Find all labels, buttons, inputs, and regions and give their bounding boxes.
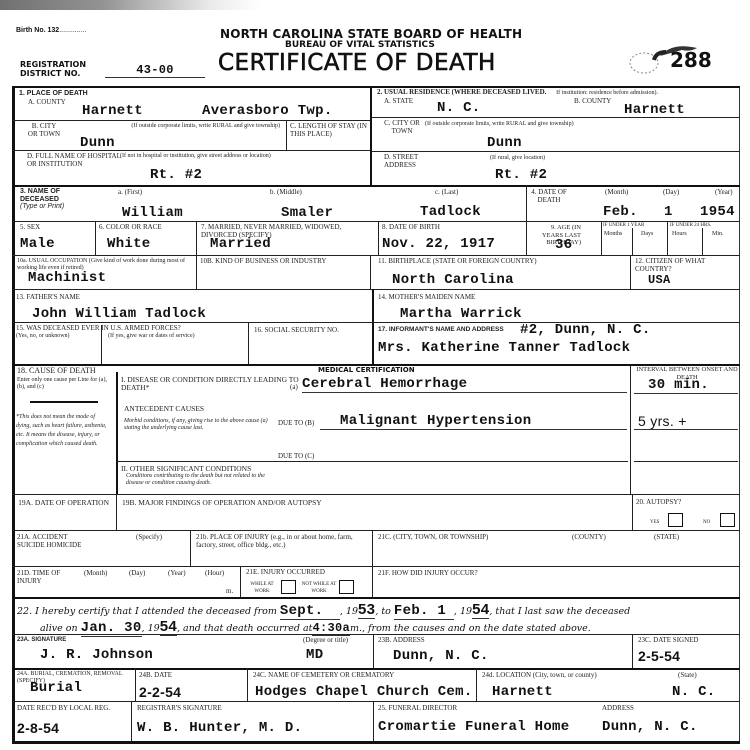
place-of-death-label: 1. PLACE OF DEATH <box>19 90 88 98</box>
divider <box>240 566 241 597</box>
death-hospital: Rt. #2 <box>150 167 202 183</box>
burial-location: Harnett <box>492 684 553 700</box>
autopsy-yes-label: YES <box>650 520 659 527</box>
death-year: 1954 <box>700 204 735 220</box>
certificate-number-stamp: 288 <box>612 38 740 78</box>
burial-location-label: 24d. LOCATION (City, town, or county) <box>482 672 597 680</box>
residence-state-label: a. STATE <box>384 98 413 106</box>
antecedent-causes-label: ANTECEDENT CAUSES <box>124 405 204 413</box>
date-of-birth: Nov. 22, 1917 <box>382 236 495 252</box>
occupation: Machinist <box>28 270 106 286</box>
due-to-c-label: DUE TO (c) <box>278 453 314 461</box>
residence-city-note: (If outside corporate limits, write RURA… <box>425 121 574 128</box>
hospital-label: d. FULL NAME OF HOSPITAL OR INSTITUTION <box>27 153 122 168</box>
physician-address: Dunn, N. C. <box>393 648 489 664</box>
funeral-director-address: Dunn, N. C. <box>602 719 698 735</box>
cemetery-name: Hodges Chapel Church Cem. <box>255 684 473 700</box>
place-of-injury-label: 21b. PLACE OF INJURY (e.g., in or about … <box>196 534 371 549</box>
divider <box>476 668 477 701</box>
under-24-hours-label: If under 24 hrs. <box>670 223 740 230</box>
interval-a: 30 min. <box>634 377 738 394</box>
divider <box>135 668 136 701</box>
injury-m-label: m. <box>226 588 233 596</box>
divider <box>12 120 370 121</box>
informant-address: #2, Dunn, N. C. <box>520 322 651 338</box>
first-name-label: a. (First) <box>118 189 142 197</box>
other-conditions-label: II. OTHER SIGNIFICANT CONDITIONS <box>121 465 251 473</box>
cause-a-marker: (a) <box>290 384 298 392</box>
death-day: 1 <box>664 204 673 220</box>
while-at-work-checkbox[interactable] <box>281 580 296 594</box>
injury-state-label: (STATE) <box>654 534 679 542</box>
father-name: John William Tadlock <box>32 306 206 322</box>
autopsy-no-label: NO <box>703 520 710 527</box>
divider <box>601 221 602 255</box>
divider <box>247 668 248 701</box>
street-address-label: d. STREET ADDRESS <box>384 154 424 169</box>
birth-number: Birth No. 132.............. <box>16 27 86 34</box>
divider <box>667 221 668 255</box>
divider <box>378 221 379 255</box>
first-name: William <box>122 205 183 221</box>
death-city: Dunn <box>80 135 115 151</box>
city-note: (If outside corporate limits, write RURA… <box>65 123 280 130</box>
attended-to-year: 54 <box>472 601 489 619</box>
death-month: Feb. <box>603 204 638 220</box>
divider <box>196 221 197 255</box>
date-of-birth-label: 8. DATE OF BIRTH <box>382 224 440 232</box>
agency-name: NORTH CAROLINA STATE BOARD OF HEALTH <box>220 27 522 41</box>
informant-name: Mrs. Katherine Tanner Tadlock <box>378 340 630 356</box>
divider <box>634 461 738 462</box>
while-at-work-label: WHILE AT WORK <box>246 582 278 595</box>
divider <box>526 185 527 221</box>
medical-certification-heading: MEDICAL CERTIFICATION <box>318 366 415 374</box>
month-label: (Month) <box>605 189 628 197</box>
autopsy-yes-checkbox[interactable] <box>668 513 683 527</box>
cause-footnote: *This does not mean the mode of dying, s… <box>16 413 110 449</box>
registrar-signature-label: REGISTRAR'S SIGNATURE <box>137 705 222 713</box>
injury-hour-label: (Hour) <box>205 570 224 578</box>
birthplace-label: 11. BIRTHPLACE (State or foreign country… <box>378 258 537 266</box>
divider <box>12 150 370 151</box>
industry-label: 10b. KIND OF BUSINESS OR INDUSTRY <box>200 258 370 266</box>
burial-type: Burial <box>30 680 82 696</box>
date-received: 2-8-54 <box>17 720 59 736</box>
mother-maiden-name: Martha Warrick <box>400 306 522 322</box>
injury-city-label: 21c. (CITY, TOWN, OR TOWNSHIP) <box>378 534 488 542</box>
divider <box>116 372 118 494</box>
divider <box>372 117 740 118</box>
sex-label: 5. SEX <box>20 224 40 232</box>
injury-year-label: (Year) <box>168 570 186 578</box>
divider <box>116 461 628 462</box>
under-1-year-label: If under 1 year <box>603 223 667 230</box>
city-label: b. CITY OR TOWN <box>27 123 61 138</box>
race: White <box>107 236 151 252</box>
cause-a: Cerebral Hemorrhage <box>302 376 627 393</box>
residence-city-label: c. CITY OR TOWN <box>383 120 421 135</box>
race-label: 6. COLOR OR RACE <box>99 224 162 232</box>
divider <box>101 325 102 365</box>
physician-address-label: 23b. ADDRESS <box>378 637 425 645</box>
hours-label: Hours <box>672 231 687 238</box>
divider <box>116 494 117 530</box>
autopsy-no-checkbox[interactable] <box>720 513 735 527</box>
divider <box>30 401 98 403</box>
divider <box>372 151 740 152</box>
divider <box>12 741 740 743</box>
funeral-director: Cromartie Funeral Home <box>378 719 569 735</box>
divider <box>248 322 249 365</box>
street-address-note: (If rural, give location) <box>490 155 545 162</box>
divider <box>286 120 287 150</box>
divider <box>12 289 740 290</box>
divider <box>632 494 633 530</box>
burial-date: 2-2-54 <box>139 684 181 700</box>
injury-county-label: (COUNTY) <box>572 534 606 542</box>
last-name: Tadlock <box>420 204 481 220</box>
funeral-director-address-label: ADDRESS <box>602 705 634 713</box>
divider <box>630 255 631 289</box>
cause-of-death-label: 18. CAUSE OF DEATH <box>17 367 96 375</box>
how-injury-occurred-label: 21f. HOW DID INJURY OCCUR? <box>378 570 478 578</box>
divider <box>131 701 132 741</box>
due-to-b-label: DUE TO (b) <box>278 420 314 428</box>
divider <box>370 255 371 289</box>
divider <box>12 185 740 187</box>
divider <box>12 494 740 495</box>
burial-state: N. C. <box>672 684 716 700</box>
cause-of-death-note: Enter only one cause per Line for (a), (… <box>17 377 112 390</box>
autopsy-label: 20. AUTOPSY? <box>636 499 681 507</box>
divider <box>632 228 633 255</box>
antecedent-causes-note: Morbid conditions, if any, giving rise t… <box>124 418 269 431</box>
residence-city: Dunn <box>487 135 522 151</box>
certificate-number: 288 <box>670 48 712 72</box>
days-label: Days <box>641 231 653 238</box>
date-of-death-label: 4. DATE OF DEATH <box>530 189 568 204</box>
registration-district-number: 43-00 <box>105 63 205 78</box>
interval-b: 5 yrs. + <box>634 413 738 430</box>
length-of-stay-label: c. LENGTH OF STAY (in this place) <box>290 123 368 138</box>
divider <box>196 255 197 289</box>
minutes-label: Min. <box>712 231 724 238</box>
divider <box>373 701 374 741</box>
divider <box>526 221 527 255</box>
divider <box>702 228 703 255</box>
name-of-deceased-label: 3. NAME OF DECEASED (Type or Print) <box>20 188 90 211</box>
physician-degree: MD <box>306 647 323 663</box>
divider <box>372 566 373 597</box>
funeral-director-label: 25. FUNERAL DIRECTOR <box>378 705 457 713</box>
last-name-label: c. (Last) <box>435 189 458 197</box>
page-title: CERTIFICATE OF DEATH <box>218 50 496 76</box>
year-label: (Year) <box>715 189 733 197</box>
time-of-injury-label: 21d. TIME OF INJURY <box>17 570 67 585</box>
father-name-label: 13. FATHER'S NAME <box>16 294 80 302</box>
disease-condition-label: I. DISEASE OR CONDITION DIRECTLY LEADING… <box>121 376 301 391</box>
not-while-at-work-checkbox[interactable] <box>339 580 354 594</box>
burial-date-label: 24b. DATE <box>139 672 172 680</box>
divider <box>12 530 740 531</box>
specify-label: (Specify) <box>136 534 162 542</box>
armed-forces-note-2: (If yes, give war or dates of service) <box>108 333 195 340</box>
not-while-at-work-label: NOT WHILE AT WORK <box>301 582 337 595</box>
burial-state-label: (State) <box>678 672 697 680</box>
operation-date-label: 19a. DATE OF OPERATION <box>17 499 109 507</box>
divider <box>12 221 740 222</box>
social-security-label: 16. SOCIAL SECURITY NO. <box>254 327 339 335</box>
middle-name: Smaler <box>281 205 333 221</box>
divider <box>95 221 96 255</box>
divider <box>12 668 740 670</box>
hospital-note: (If not in hospital or institution, give… <box>120 153 365 160</box>
armed-forces-note-1: (Yes, no, or unknown) <box>16 333 70 340</box>
usual-residence-label: 2. USUAL RESIDENCE (Where deceased lived… <box>377 89 737 97</box>
divider <box>12 86 740 88</box>
county-label: a. COUNTY <box>28 99 66 107</box>
informant-label: 17. INFORMANT'S NAME AND ADDRESS <box>378 326 504 334</box>
accident-suicide-homicide-label: 21a. ACCIDENT SUICIDE HOMICIDE <box>17 534 92 549</box>
divider <box>12 566 740 567</box>
physician-signature: J. R. Johnson <box>40 647 153 663</box>
death-township: Averasboro Twp. <box>202 103 333 119</box>
residence-street: Rt. #2 <box>495 167 547 183</box>
other-conditions-note: Conditions contributing to the death but… <box>126 473 276 486</box>
birthplace: North Carolina <box>392 272 514 288</box>
date-signed-label: 23c. DATE SIGNED <box>638 637 698 645</box>
middle-name-label: b. (Middle) <box>270 189 302 197</box>
degree-label: (Degree or title) <box>303 637 348 645</box>
citizenship: USA <box>648 273 671 287</box>
bureau-name: Bureau of Vital Statistics <box>285 40 435 50</box>
signature-label: 23a. SIGNATURE <box>17 637 66 645</box>
divider <box>370 86 372 185</box>
divider <box>372 530 373 566</box>
registration-label: Registration District No. <box>20 60 86 78</box>
death-county: Harnett <box>82 103 143 119</box>
divider <box>372 289 374 365</box>
scan-smudge <box>0 0 260 10</box>
divider <box>12 634 740 635</box>
armed-forces-label: 15. WAS DECEASED EVER IN U.S. ARMED FORC… <box>16 325 246 333</box>
injury-month-label: (Month) <box>84 570 107 578</box>
divider <box>190 530 191 566</box>
date-signed: 2-5-54 <box>638 648 680 664</box>
marital-status: Married <box>210 236 271 252</box>
mother-name-label: 14. MOTHER'S MAIDEN NAME <box>378 294 475 302</box>
cause-b: Malignant Hypertension <box>320 413 627 430</box>
divider <box>632 634 633 668</box>
residence-county: Harnett <box>624 102 685 118</box>
divider <box>12 701 740 702</box>
day-label: (Day) <box>663 189 679 197</box>
residence-state: N. C. <box>437 100 481 116</box>
findings-label: 19b. MAJOR FINDINGS OF OPERATION AND/OR … <box>122 499 322 507</box>
citizenship-label: 12. CITIZEN OF WHAT COUNTRY? <box>635 258 739 273</box>
age: 36 <box>555 237 572 253</box>
divider <box>630 364 631 494</box>
attended-from-year: 53 <box>358 601 375 619</box>
injury-occurred-label: 21e. INJURY OCCURRED <box>246 569 325 577</box>
injury-day-label: (Day) <box>129 570 145 578</box>
divider <box>373 634 374 668</box>
divider <box>12 597 740 599</box>
registrar-signature: W. B. Hunter, M. D. <box>137 720 302 736</box>
months-label: Months <box>604 231 622 238</box>
cemetery-label: 24c. NAME OF CEMETERY OR CREMATORY <box>253 672 394 680</box>
sex: Male <box>20 236 55 252</box>
residence-county-label: b. COUNTY <box>574 98 611 106</box>
date-received-label: DATE REC'D BY LOCAL REG. <box>17 705 129 713</box>
